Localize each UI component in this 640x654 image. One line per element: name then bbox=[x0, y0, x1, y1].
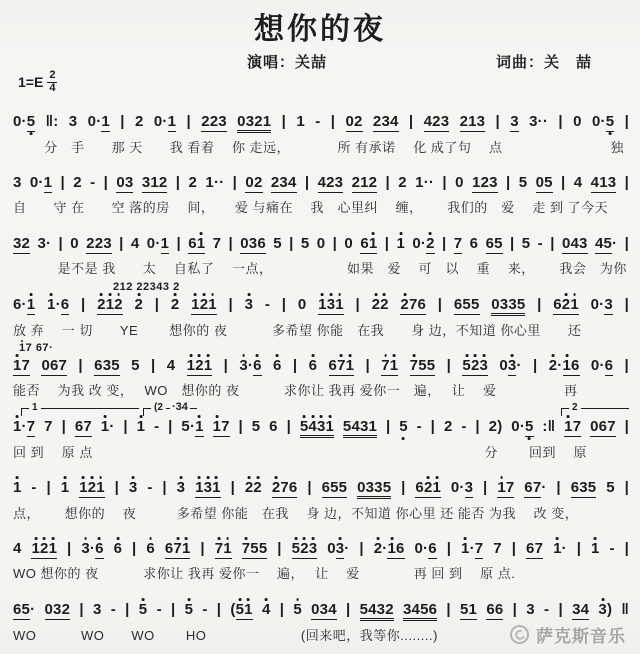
volta-bracket: 1 bbox=[21, 408, 139, 416]
lyrics-line: 点， 想你的 夜 多希望 你能 在我 身 边，不知道 你心里 还 能否 为我 改… bbox=[13, 503, 629, 522]
lyrics-line: WO 想你的 夜 求你让 我再 爱你一 遍， 让 爱 再 回 到 原 点. bbox=[13, 563, 629, 582]
notation-line: 17 067 | 635 5 | 4 121 | 3·6 6 | 6 671 |… bbox=[13, 356, 629, 376]
grace-notes: 17 67· bbox=[19, 342, 53, 354]
system-line-6: 1(2·3421·7 7 | 67 1· | 1 - | 5·1 17 | 5 … bbox=[13, 402, 629, 463]
notation-line: 6·1 1·6 | 212 2 | 2 121 | 3 - | 0 131 | … bbox=[13, 295, 629, 316]
system-line-2: 3 0·1 | 2 - | 03 312 | 2 1·· | 02 234 | … bbox=[13, 158, 629, 219]
notation-line: 0·5 ‖: 3 0·1 | 2 0·1 | 223 0321 | 1 - | … bbox=[13, 112, 629, 133]
key-label: 1=E bbox=[18, 74, 43, 90]
grace-notes: 212 22343 2 bbox=[113, 281, 180, 293]
lyrics-line: 回 到 原 点 分 回到 原 bbox=[13, 442, 629, 461]
time-signature: 2 4 bbox=[47, 70, 57, 94]
notation-line: 1·7 7 | 67 1· | 1 - | 5·1 17 | 5 6 | 543… bbox=[13, 417, 629, 438]
system-line-1: 0·5 ‖: 3 0·1 | 2 0·1 | 223 0321 | 1 - | … bbox=[13, 97, 629, 158]
lyrics-line: 放 弃 一 切 YE 想你的 夜 多希望 你能 在我 身 边，不知道 你心里 还 bbox=[13, 320, 629, 339]
time-numerator: 2 bbox=[47, 70, 57, 82]
key-signature: 1=E 2 4 bbox=[18, 70, 57, 94]
composer-credit: 词曲：关 喆 bbox=[496, 51, 592, 72]
system-line-8: 4 121 | 3·6 6 | 6 671 | 71 755 | 523 03·… bbox=[13, 524, 629, 585]
notation-line: 1 - | 1 121 | 3 - | 3 131 | 22 276 | 655… bbox=[13, 478, 629, 499]
performer-credit: 演唱：关喆 bbox=[247, 51, 327, 72]
watermark-text: 萨克斯音乐 bbox=[536, 622, 626, 647]
notation-line: 3 0·1 | 2 - | 03 312 | 2 1·· | 02 234 | … bbox=[13, 173, 629, 193]
volta-bracket: 2 bbox=[561, 408, 629, 416]
score: 0·5 ‖: 3 0·1 | 2 0·1 | 223 0321 | 1 - | … bbox=[13, 97, 629, 646]
system-line-7: 1 - | 1 121 | 3 - | 3 131 | 22 276 | 655… bbox=[13, 463, 629, 524]
system-line-5: 17 67·17 067 | 635 5 | 4 121 | 3·6 6 | 6… bbox=[13, 341, 629, 402]
notation-line: 4 121 | 3·6 6 | 6 671 | 71 755 | 523 03·… bbox=[13, 539, 629, 559]
song-title: 想你的夜 bbox=[0, 0, 640, 48]
watermark-logo-icon bbox=[507, 622, 532, 647]
notation-line: 32 3· | 0 223 | 4 0·1 | 61 7 | 036 5 | 5… bbox=[13, 234, 629, 254]
watermark: 萨克斯音乐 bbox=[510, 622, 626, 647]
lyrics-line: 是不是 我 太 自私了 一点， 如果 爱 可 以 重 来， 我会 为你 bbox=[13, 258, 629, 277]
notation-line: 65· 032 | 3 - | 5 - | 5 - | (51 4 | 5 03… bbox=[13, 600, 629, 621]
sheet-music-page: 想你的夜 演唱：关喆 词曲：关 喆 1=E 2 4 0·5 ‖: 3 0·1 |… bbox=[0, 0, 640, 654]
volta-bracket: (2·34 bbox=[143, 408, 197, 416]
system-line-3: 32 3· | 0 223 | 4 0·1 | 61 7 | 036 5 | 5… bbox=[13, 219, 629, 280]
lyrics-line: 分 手 那 天 我 看着 你 走远， 所 有承诺 化 成了句 点 独 bbox=[13, 137, 629, 156]
lyrics-line: 自 守 在 空 落的房 间， 爱 与痛在 我 心里纠 缠， 我们的 爱 走 到 … bbox=[13, 197, 629, 216]
lyrics-line: 能否 为我 改 变， WO 想你的 夜 求你让 我再 爱你一 遍， 让 爱 再 bbox=[13, 380, 629, 399]
time-denominator: 4 bbox=[47, 82, 57, 95]
credits-row: 演唱：关喆 词曲：关 喆 bbox=[0, 49, 640, 73]
system-line-4: 212 22343 26·1 1·6 | 212 2 | 2 121 | 3 -… bbox=[13, 280, 629, 341]
